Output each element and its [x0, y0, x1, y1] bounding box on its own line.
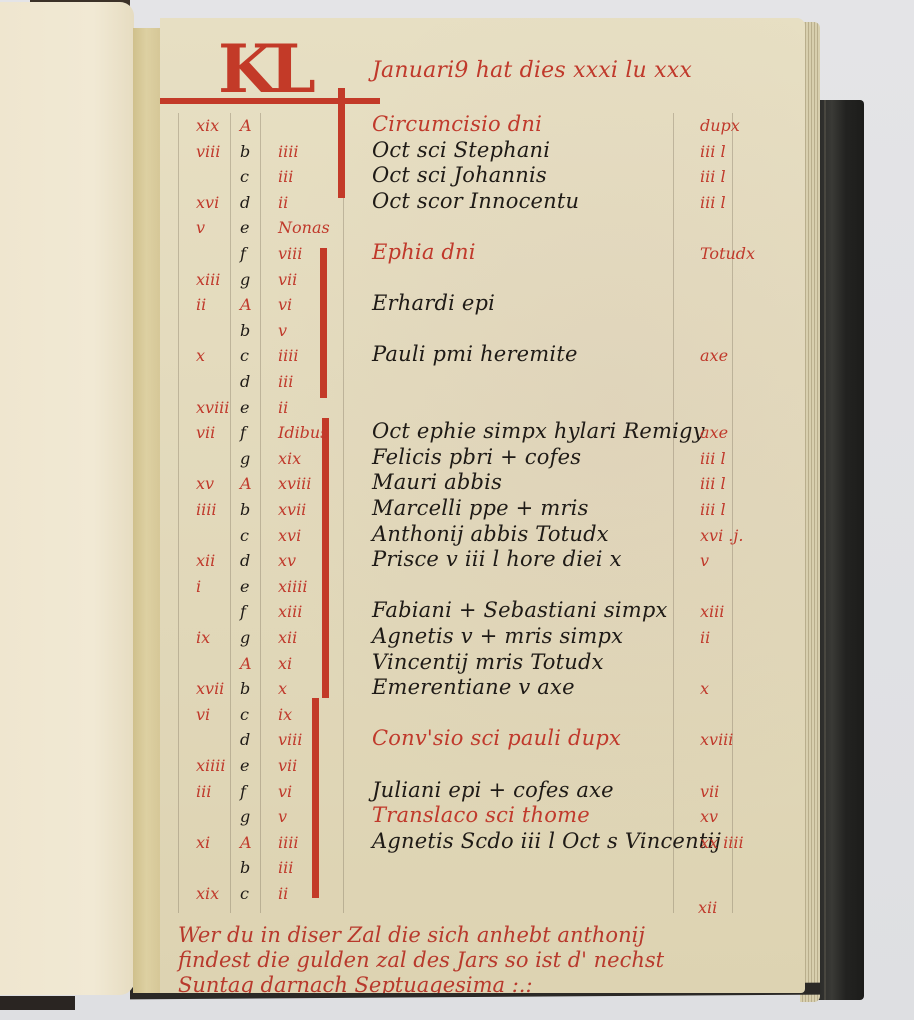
roman-day: iii	[278, 372, 293, 391]
roman-day: iii	[278, 858, 293, 877]
feast-grade: x	[700, 679, 709, 698]
feast-grade: dupx	[700, 116, 740, 135]
dominical-letter: c	[240, 526, 249, 545]
golden-number: x	[196, 346, 205, 365]
ruling-vertical	[732, 113, 733, 913]
dominical-letter: c	[240, 346, 249, 365]
feast-entry: Fabiani + Sebastiani simpx	[372, 598, 668, 622]
feast-entry: Agnetis Scdo iii l Oct s Vincentij	[372, 829, 721, 853]
ruling-vertical	[343, 113, 344, 913]
dominical-letter: c	[240, 167, 249, 186]
feast-grade: xv	[700, 807, 718, 826]
roman-day: ix	[278, 705, 292, 724]
dominical-letter: e	[240, 756, 249, 775]
golden-number: xix	[196, 884, 219, 903]
feast-entry: Conv'sio sci pauli dupx	[372, 726, 621, 750]
golden-number: xv	[196, 474, 214, 493]
roman-day: xiii	[278, 602, 302, 621]
roman-day: vi	[278, 782, 292, 801]
dominical-letter: b	[240, 679, 250, 698]
golden-number: vii	[196, 423, 215, 442]
dominical-letter: d	[240, 551, 250, 570]
roman-day: vii	[278, 756, 297, 775]
decorative-red-bar	[338, 88, 345, 198]
feast-entry: Felicis pbri + cofes	[372, 445, 581, 469]
feast-entry: Marcelli ppe + mris	[372, 496, 589, 520]
roman-day: xvii	[278, 500, 306, 519]
dominical-letter: e	[240, 398, 249, 417]
feast-entry: Translaco sci thome	[372, 803, 590, 827]
feast-grade: xviii	[700, 730, 733, 749]
book-cover-bottom-left	[0, 996, 75, 1010]
golden-number: iiii	[196, 500, 216, 519]
roman-day: vi	[278, 295, 292, 314]
feast-grade: ii	[700, 628, 710, 647]
golden-number: xi	[196, 833, 210, 852]
roman-day: xi	[278, 654, 292, 673]
dominical-letter: c	[240, 884, 249, 903]
dominical-letter: g	[240, 270, 250, 289]
roman-day: xviii	[278, 474, 311, 493]
golden-number: xix	[196, 116, 219, 135]
roman-day: Idibus	[278, 423, 328, 442]
dominical-letter: e	[240, 577, 249, 596]
decorative-red-bar	[320, 248, 327, 398]
roman-day: iiii	[278, 346, 298, 365]
feast-entry: Circumcisio dni	[372, 112, 542, 136]
ruling-vertical	[230, 113, 231, 913]
golden-number: ix	[196, 628, 210, 647]
dominical-letter: b	[240, 142, 250, 161]
golden-number: iii	[196, 782, 211, 801]
feast-grade: axe	[700, 346, 728, 365]
golden-number: ii	[196, 295, 206, 314]
margin-numeral: xii	[698, 898, 717, 917]
feast-entry: Juliani epi + cofes axe	[372, 778, 614, 802]
dominical-letter: b	[240, 858, 250, 877]
roman-day: iiii	[278, 142, 298, 161]
roman-day: xix	[278, 449, 301, 468]
feast-entry: Anthonij abbis Totudx	[372, 522, 609, 546]
golden-number: xviii	[196, 398, 229, 417]
feast-grade: iii l	[700, 474, 726, 493]
ruling-vertical	[178, 113, 179, 913]
feast-grade: iii l	[700, 500, 726, 519]
golden-number: xiii	[196, 270, 220, 289]
feast-entry: Mauri abbis	[372, 470, 502, 494]
footer-rubric-line-3: Suntag darnach Septuagesima :.:	[178, 973, 533, 993]
dominical-letter: d	[240, 193, 250, 212]
roman-day: xii	[278, 628, 297, 647]
golden-number: v	[196, 218, 205, 237]
dominical-letter: f	[240, 423, 246, 442]
golden-number: xvi	[196, 193, 219, 212]
footer-rubric-line-2: findest die gulden zal des Jars so ist d…	[178, 948, 664, 972]
dominical-letter: A	[240, 833, 252, 852]
feast-grade: xvi .j.	[700, 526, 743, 545]
feast-grade: Totudx	[700, 244, 755, 263]
dominical-letter: f	[240, 602, 246, 621]
calendar-folio: KL Januari9 hat dies xxxi lu xxx xixviii…	[160, 18, 805, 993]
ruling-vertical	[260, 113, 261, 913]
roman-day: ii	[278, 193, 288, 212]
roman-day: iii	[278, 167, 293, 186]
dominical-letter: f	[240, 782, 246, 801]
golden-number: xvii	[196, 679, 224, 698]
roman-day: v	[278, 321, 287, 340]
roman-day: viii	[278, 244, 302, 263]
feast-grade: vii	[700, 782, 719, 801]
dominical-letter: c	[240, 705, 249, 724]
feast-entry: Oct sci Johannis	[372, 163, 547, 187]
leather-back-cover	[818, 100, 864, 1000]
feast-entry: Ephia dni	[372, 240, 476, 264]
dominical-letter: d	[240, 372, 250, 391]
dominical-letter: f	[240, 244, 246, 263]
feast-grade: v	[700, 551, 709, 570]
roman-day: x	[278, 679, 287, 698]
kl-initial: KL	[218, 36, 310, 102]
feast-entry: Oct sci Stephani	[372, 138, 550, 162]
footer-rubric-line-1: Wer du in diser Zal die sich anhebt anth…	[178, 923, 645, 947]
golden-number: i	[196, 577, 201, 596]
dominical-letter: A	[240, 116, 252, 135]
feast-entry: Oct ephie simpx hylari Remigy	[372, 419, 705, 443]
feast-grade: iii l	[700, 449, 726, 468]
roman-day: viii	[278, 730, 302, 749]
roman-day: ii	[278, 884, 288, 903]
dominical-letter: b	[240, 500, 250, 519]
dominical-letter: b	[240, 321, 250, 340]
feast-grade: xx iiii	[700, 833, 744, 852]
roman-day: iiii	[278, 833, 298, 852]
feast-grade: axe	[700, 423, 728, 442]
dominical-letter: A	[240, 474, 252, 493]
feast-grade: iii l	[700, 167, 726, 186]
dominical-letter: g	[240, 449, 250, 468]
feast-entry: Agnetis v + mris simpx	[372, 624, 623, 648]
feast-entry: Prisce v iii l hore diei x	[372, 547, 622, 571]
roman-day: v	[278, 807, 287, 826]
roman-day: xvi	[278, 526, 301, 545]
feast-grade: iii l	[700, 193, 726, 212]
roman-day: ii	[278, 398, 288, 417]
golden-number: vi	[196, 705, 210, 724]
dominical-letter: g	[240, 807, 250, 826]
dominical-letter: g	[240, 628, 250, 647]
roman-day: vii	[278, 270, 297, 289]
month-title: Januari9 hat dies xxxi lu xxx	[372, 58, 692, 83]
golden-number: xii	[196, 551, 215, 570]
ruling-vertical	[673, 113, 674, 913]
decorative-red-bar	[312, 698, 319, 898]
golden-number: xiiii	[196, 756, 226, 775]
dominical-letter: e	[240, 218, 249, 237]
feast-entry: Erhardi epi	[372, 291, 495, 315]
feast-entry: Vincentij mris Totudx	[372, 650, 604, 674]
golden-number: viii	[196, 142, 220, 161]
feast-entry: Emerentiane v axe	[372, 675, 575, 699]
feast-entry: Pauli pmi heremite	[372, 342, 578, 366]
blank-flyleaf-page	[0, 2, 134, 995]
roman-day: xv	[278, 551, 296, 570]
dominical-letter: A	[240, 654, 252, 673]
roman-day: Nonas	[278, 218, 330, 237]
dominical-letter: A	[240, 295, 252, 314]
roman-day: xiiii	[278, 577, 308, 596]
decorative-red-bar	[322, 418, 329, 698]
dominical-letter: d	[240, 730, 250, 749]
feast-grade: iii l	[700, 142, 726, 161]
feast-grade: xiii	[700, 602, 724, 621]
feast-entry: Oct scor Innocentu	[372, 189, 579, 213]
